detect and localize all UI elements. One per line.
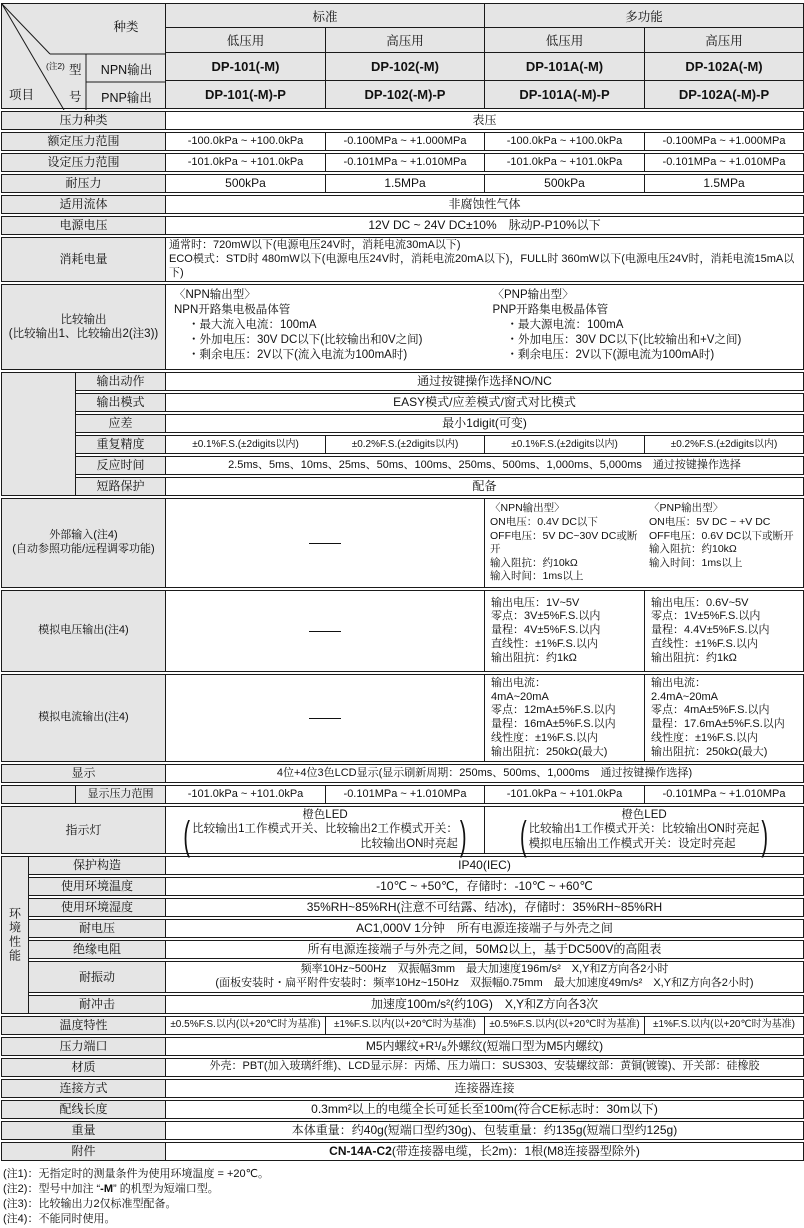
- cell-value: -101.0kPa ~ +101.0kPa: [165, 785, 326, 804]
- model-label-char1: 型: [69, 60, 82, 78]
- row-label: 使用环境湿度: [28, 898, 166, 917]
- col-multi-low: 低压用: [484, 27, 645, 53]
- indicator-standard: 橙色LED ( 比较输出1工作模式开关、比较输出2工作模式开关： 比较输出ON时…: [165, 806, 485, 854]
- row-label: 使用环境温度: [28, 877, 166, 896]
- indent-spacer-cell: [1, 785, 76, 804]
- dash-placeholder: [309, 543, 341, 544]
- row-label: 设定压力范围: [1, 153, 166, 172]
- row-pressure-port: 压力端口 M5内螺纹+R¹/₈外螺纹(短端口型为M5内螺纹): [1, 1037, 804, 1056]
- comparator-value: 〈NPN输出型〉 NPN开路集电极晶体管 ・最大流入电流：100mA ・外加电压…: [165, 284, 804, 370]
- cell-value: -101.0kPa ~ +101.0kPa: [484, 785, 645, 804]
- row-material: 材质 外壳：PBT(加入玻璃纤维)、LCD显示屏：丙烯、压力端口：SUS303、…: [1, 1058, 804, 1077]
- cell-value: ±0.1%F.S.(±2digits以内): [484, 435, 645, 454]
- pnp-output-row-label: PNP输出: [86, 88, 167, 106]
- cell-value: 500kPa: [165, 174, 326, 193]
- spec-table: 种类 (注2) 型 号 项目 NPN输出 PNP输出 标准 多功能 低压用 高压…: [1, 3, 804, 1228]
- indicator-standard-title: 橙色LED: [302, 808, 347, 822]
- row-label: 绝缘电阻: [28, 940, 166, 959]
- row-label: 外部输入(注4) (自动参照功能/远程调零功能): [1, 498, 166, 588]
- cell-value: ±0.2%F.S.(±2digits以内): [325, 435, 485, 454]
- row-indicator: 指示灯 橙色LED ( 比较输出1工作模式开关、比较输出2工作模式开关： 比较输…: [1, 806, 804, 854]
- corner-cell: 种类 (注2) 型 号 项目 NPN输出 PNP输出: [1, 3, 166, 109]
- row-temperature-characteristics: 温度特性 ±0.5%F.S.以内(以+20℃时为基准) ±1%F.S.以内(以+…: [1, 1016, 804, 1035]
- row-label: 模拟电流输出(注4): [1, 674, 166, 762]
- row-connection-method: 连接方式 连接器连接: [1, 1079, 804, 1098]
- row-value: -10℃ ~ +50℃，存储时：-10℃ ~ +60℃: [165, 877, 804, 896]
- cell-value: -0.100MPa ~ +1.000MPa: [325, 132, 485, 151]
- cell-value: -0.101MPa ~ +1.010MPa: [325, 153, 485, 172]
- model-pnp-4: DP-102A(-M)-P: [644, 80, 804, 109]
- row-shock-resistance: 耐冲击 加速度100m/s²(约10G) X,Y和Z方向各3次: [29, 995, 804, 1014]
- row-label: 电源电压: [1, 216, 166, 235]
- item-label: 项目: [9, 85, 34, 103]
- row-cable-length: 配线长度 0.3mm²以上的电缆全长可延长至100m(符合CE标志时：30m以下…: [1, 1100, 804, 1119]
- row-label: 模拟电压输出(注4): [1, 590, 166, 672]
- cell-value: -100.0kPa ~ +100.0kPa: [165, 132, 326, 151]
- environment-group-cell: 环境性能: [1, 856, 29, 1014]
- cell-value: -0.101MPa ~ +1.010MPa: [644, 785, 804, 804]
- col-group-multifunction: 多功能: [484, 3, 804, 28]
- analog-current-standard: [165, 674, 485, 762]
- row-analog-voltage-output: 模拟电压输出(注4) 输出电压：1V~5V 零点：3V±5%F.S.以内 量程：…: [1, 590, 804, 672]
- model-npn-4: DP-102A(-M): [644, 52, 804, 81]
- analog-voltage-low: 输出电压：1V~5V 零点：3V±5%F.S.以内 量程：4V±5%F.S.以内…: [484, 590, 645, 672]
- row-label: 重复精度: [75, 435, 166, 454]
- row-analog-current-output: 模拟电流输出(注4) 输出电流： 4mA~20mA 零点：12mA±5%F.S.…: [1, 674, 804, 762]
- row-insulation-resistance: 绝缘电阻 所有电源连接端子与外壳之间，50MΩ以上，基于DC500V的高阻表: [29, 940, 804, 959]
- npn-output-row-label: NPN输出: [86, 60, 167, 78]
- footnote-1: (注1)：无指定时的测量条件为使用环境温度 = +20℃。: [3, 1167, 804, 1182]
- cell-value: 1.5MPa: [325, 174, 485, 193]
- row-label: 显示压力范围: [75, 785, 166, 804]
- row-label: 配线长度: [1, 1100, 166, 1119]
- comparator-spacer-cell: [1, 372, 76, 496]
- row-value: EASY模式/应差模式/窗式对比模式: [165, 393, 804, 412]
- cell-value: -101.0kPa ~ +101.0kPa: [165, 153, 326, 172]
- external-input-standard: [165, 498, 485, 588]
- row-value: 所有电源连接端子与外壳之间，50MΩ以上，基于DC500V的高阻表: [165, 940, 804, 959]
- row-protection: 保护构造 IP40(IEC): [29, 856, 804, 875]
- row-short-circuit-protection: 短路保护 配备: [76, 477, 804, 496]
- row-label: 连接方式: [1, 1079, 166, 1098]
- row-label: 保护构造: [28, 856, 166, 875]
- cell-value: -0.100MPa ~ +1.000MPa: [644, 132, 804, 151]
- col-group-standard: 标准: [165, 3, 485, 28]
- cell-value: ±0.2%F.S.(±2digits以内): [644, 435, 804, 454]
- row-value: 通过按键操作选择NO/NC: [165, 372, 804, 391]
- row-label: 额定压力范围: [1, 132, 166, 151]
- row-applicable-fluid: 适用流体 非腐蚀性气体: [1, 195, 804, 214]
- row-value: 12V DC ~ 24V DC±10% 脉动P-P10%以下: [165, 216, 804, 235]
- row-label: 压力种类: [1, 111, 166, 130]
- model-npn-2: DP-102(-M): [325, 52, 485, 81]
- footnotes: (注1)：无指定时的测量条件为使用环境温度 = +20℃。 (注2)：型号中加注…: [3, 1167, 804, 1228]
- row-value: 加速度100m/s²(约10G) X,Y和Z方向各3次: [165, 995, 804, 1014]
- row-repeatability: 重复精度 ±0.1%F.S.(±2digits以内) ±0.2%F.S.(±2d…: [76, 435, 804, 454]
- row-accessory: 附件 CN-14A-C2(带连接器电缆，长2m)：1根(M8连接器型除外): [1, 1142, 804, 1161]
- close-paren: ): [458, 817, 469, 857]
- row-rated-pressure-range: 额定压力范围 -100.0kPa ~ +100.0kPa -0.100MPa ~…: [1, 132, 804, 151]
- row-value: IP40(IEC): [165, 856, 804, 875]
- row-ambient-humidity: 使用环境湿度 35%RH~85%RH(注意不可结露、结冰)，存储时：35%RH~…: [29, 898, 804, 917]
- environment-block: 环境性能 保护构造 IP40(IEC) 使用环境温度 -10℃ ~ +50℃，存…: [1, 856, 804, 1014]
- row-label: 温度特性: [1, 1016, 166, 1035]
- open-paren: (: [181, 817, 192, 857]
- row-response-time: 反应时间 2.5ms、5ms、10ms、25ms、50ms、100ms、250m…: [76, 456, 804, 475]
- row-label: 比较输出 (比较输出1、比较输出2(注3)): [1, 284, 166, 370]
- row-set-pressure-range: 设定压力范围 -101.0kPa ~ +101.0kPa -0.101MPa ~…: [1, 153, 804, 172]
- row-label: 反应时间: [75, 456, 166, 475]
- comparator-pnp-block: 〈PNP输出型〉 PNP开路集电极晶体管 ・最大源电流：100mA ・外加电压：…: [485, 287, 804, 364]
- external-input-multifunction: 〈NPN输出型〉 ON电压：0.4V DC以下 OFF电压：5V DC~30V …: [484, 498, 804, 588]
- row-value: 表压: [165, 111, 804, 130]
- row-value: 连接器连接: [165, 1079, 804, 1098]
- row-value: 通常时：720mW以下(电源电压24V时，消耗电流30mA以下) ECO模式：S…: [165, 237, 804, 282]
- row-label: 附件: [1, 1142, 166, 1161]
- cell-value: ±1%F.S.以内(以+20℃时为基准): [644, 1016, 804, 1035]
- cell-value: -100.0kPa ~ +100.0kPa: [484, 132, 645, 151]
- analog-voltage-standard: [165, 590, 485, 672]
- footnote-2: (注2)：型号中加注 “-M” 的机型为短端口型。: [3, 1182, 804, 1197]
- comparator-sub-block: 输出动作 通过按键操作选择NO/NC 输出模式 EASY模式/应差模式/窗式对比…: [1, 372, 804, 496]
- row-label: 消耗电量: [1, 237, 166, 282]
- row-label: 应差: [75, 414, 166, 433]
- col-standard-low: 低压用: [165, 27, 326, 53]
- analog-current-high: 输出电流： 2.4mA~20mA 零点：4mA±5%F.S.以内 量程：17.6…: [644, 674, 804, 762]
- row-supply-voltage: 电源电压 12V DC ~ 24V DC±10% 脉动P-P10%以下: [1, 216, 804, 235]
- analog-current-low: 输出电流： 4mA~20mA 零点：12mA±5%F.S.以内 量程：16mA±…: [484, 674, 645, 762]
- row-label: 重量: [1, 1121, 166, 1140]
- row-label: 输出模式: [75, 393, 166, 412]
- row-label: 耐冲击: [28, 995, 166, 1014]
- row-output-mode: 输出模式 EASY模式/应差模式/窗式对比模式: [76, 393, 804, 412]
- row-value: 本体重量：约40g(短端口型约30g)、包装重量：约135g(短端口型约125g…: [165, 1121, 804, 1140]
- close-paren: ): [759, 817, 770, 857]
- row-label: 输出动作: [75, 372, 166, 391]
- row-output-action: 输出动作 通过按键操作选择NO/NC: [76, 372, 804, 391]
- model-note: (注2): [46, 60, 65, 72]
- indicator-multi-title: 橙色LED: [621, 808, 666, 822]
- col-standard-high: 高压用: [325, 27, 485, 53]
- row-value: AC1,000V 1分钟 所有电源连接端子与外壳之间: [165, 919, 804, 938]
- row-withstand-voltage: 耐电压 AC1,000V 1分钟 所有电源连接端子与外壳之间: [29, 919, 804, 938]
- kind-label: 种类: [90, 17, 162, 35]
- cell-value: 500kPa: [484, 174, 645, 193]
- row-weight: 重量 本体重量：约40g(短端口型约30g)、包装重量：约135g(短端口型约1…: [1, 1121, 804, 1140]
- row-label: 材质: [1, 1058, 166, 1077]
- row-external-input: 外部输入(注4) (自动参照功能/远程调零功能) 〈NPN输出型〉 ON电压：0…: [1, 498, 804, 588]
- row-value: 35%RH~85%RH(注意不可结露、结冰)，存储时：35%RH~85%RH: [165, 898, 804, 917]
- row-label: 短路保护: [75, 477, 166, 496]
- accessory-model: CN-14A-C2: [329, 1144, 392, 1159]
- row-vibration-resistance: 耐振动 频率10Hz~500Hz 双振幅3mm 最大加速度196m/s² X,Y…: [29, 961, 804, 993]
- cell-value: -0.101MPa ~ +1.010MPa: [644, 153, 804, 172]
- row-value: 最小1digit(可变): [165, 414, 804, 433]
- accessory-detail: (带连接器电缆，长2m)：1根(M8连接器型除外): [392, 1144, 640, 1159]
- analog-voltage-high: 输出电压：0.6V~5V 零点：1V±5%F.S.以内 量程：4.4V±5%F.…: [644, 590, 804, 672]
- row-label: 指示灯: [1, 806, 166, 854]
- external-input-npn: 〈NPN输出型〉 ON电压：0.4V DC以下 OFF电压：5V DC~30V …: [485, 501, 644, 585]
- dash-placeholder: [309, 718, 341, 719]
- external-input-pnp: 〈PNP输出型〉 ON电压：5V DC ~ +V DC OFF电压：0.6V D…: [644, 501, 803, 571]
- row-value: 2.5ms、5ms、10ms、25ms、50ms、100ms、250ms、500…: [165, 456, 804, 475]
- row-power-consumption: 消耗电量 通常时：720mW以下(电源电压24V时，消耗电流30mA以下) EC…: [1, 237, 804, 282]
- row-value: 外壳：PBT(加入玻璃纤维)、LCD显示屏：丙烯、压力端口：SUS303、安装螺…: [165, 1058, 804, 1077]
- row-label: 适用流体: [1, 195, 166, 214]
- dash-placeholder: [309, 631, 341, 632]
- model-pnp-1: DP-101(-M)-P: [165, 80, 326, 109]
- row-withstand-pressure: 耐压力 500kPa 1.5MPa 500kPa 1.5MPa: [1, 174, 804, 193]
- row-value: 频率10Hz~500Hz 双振幅3mm 最大加速度196m/s² X,Y和Z方向…: [165, 961, 804, 993]
- cell-value: ±0.5%F.S.以内(以+20℃时为基准): [484, 1016, 645, 1035]
- model-npn-3: DP-101A(-M): [484, 52, 645, 81]
- row-pressure-type: 压力种类 表压: [1, 111, 804, 130]
- col-multi-high: 高压用: [644, 27, 804, 53]
- model-npn-1: DP-101(-M): [165, 52, 326, 81]
- row-value: 非腐蚀性气体: [165, 195, 804, 214]
- model-pnp-2: DP-102(-M)-P: [325, 80, 485, 109]
- model-pnp-3: DP-101A(-M)-P: [484, 80, 645, 109]
- row-value: 4位+4位3色LCD显示(显示刷新周期：250ms、500ms、1,000ms …: [165, 764, 804, 783]
- cell-value: -0.101MPa ~ +1.010MPa: [325, 785, 485, 804]
- row-label: 耐电压: [28, 919, 166, 938]
- row-label: 显示: [1, 764, 166, 783]
- cell-value: ±0.5%F.S.以内(以+20℃时为基准): [165, 1016, 326, 1035]
- cell-value: -101.0kPa ~ +101.0kPa: [484, 153, 645, 172]
- row-label: 压力端口: [1, 1037, 166, 1056]
- indicator-multifunction: 橙色LED ( 比较输出1工作模式开关：比较输出ON时亮起 模拟电压输出工作模式…: [484, 806, 804, 854]
- consumption-line1: 通常时：720mW以下(电源电压24V时，消耗电流30mA以下): [169, 239, 461, 253]
- cell-value: ±0.1%F.S.(±2digits以内): [165, 435, 326, 454]
- consumption-line2: ECO模式：STD时 480mW以下(电源电压24V时，消耗电流20mA以下)，…: [169, 253, 800, 281]
- row-value: M5内螺纹+R¹/₈外螺纹(短端口型为M5内螺纹): [165, 1037, 804, 1056]
- comparator-npn-block: 〈NPN输出型〉 NPN开路集电极晶体管 ・最大流入电流：100mA ・外加电压…: [166, 287, 485, 364]
- row-value: CN-14A-C2(带连接器电缆，长2m)：1根(M8连接器型除外): [165, 1142, 804, 1161]
- row-display: 显示 4位+4位3色LCD显示(显示刷新周期：250ms、500ms、1,000…: [1, 764, 804, 783]
- cell-value: 1.5MPa: [644, 174, 804, 193]
- footnote-4: (注4)：不能同时使用。: [3, 1212, 804, 1227]
- row-value: 配备: [165, 477, 804, 496]
- row-ambient-temperature: 使用环境温度 -10℃ ~ +50℃，存储时：-10℃ ~ +60℃: [29, 877, 804, 896]
- footnote-3: (注3)：比较输出力2仅标准型配备。: [3, 1197, 804, 1212]
- row-hysteresis: 应差 最小1digit(可变): [76, 414, 804, 433]
- row-comparator-output: 比较输出 (比较输出1、比较输出2(注3)) 〈NPN输出型〉 NPN开路集电极…: [1, 284, 804, 370]
- row-display-pressure-range: 显示压力范围 -101.0kPa ~ +101.0kPa -0.101MPa ~…: [1, 785, 804, 804]
- row-label: 耐压力: [1, 174, 166, 193]
- cell-value: ±1%F.S.以内(以+20℃时为基准): [325, 1016, 485, 1035]
- row-label: 耐振动: [28, 961, 166, 993]
- table-header: 种类 (注2) 型 号 项目 NPN输出 PNP输出 标准 多功能 低压用 高压…: [1, 3, 804, 109]
- model-label-char2: 号: [69, 87, 82, 105]
- environment-group-label: 环境性能: [7, 907, 24, 963]
- open-paren: (: [518, 817, 529, 857]
- row-value: 0.3mm²以上的电缆全长可延长至100m(符合CE标志时：30m以下): [165, 1100, 804, 1119]
